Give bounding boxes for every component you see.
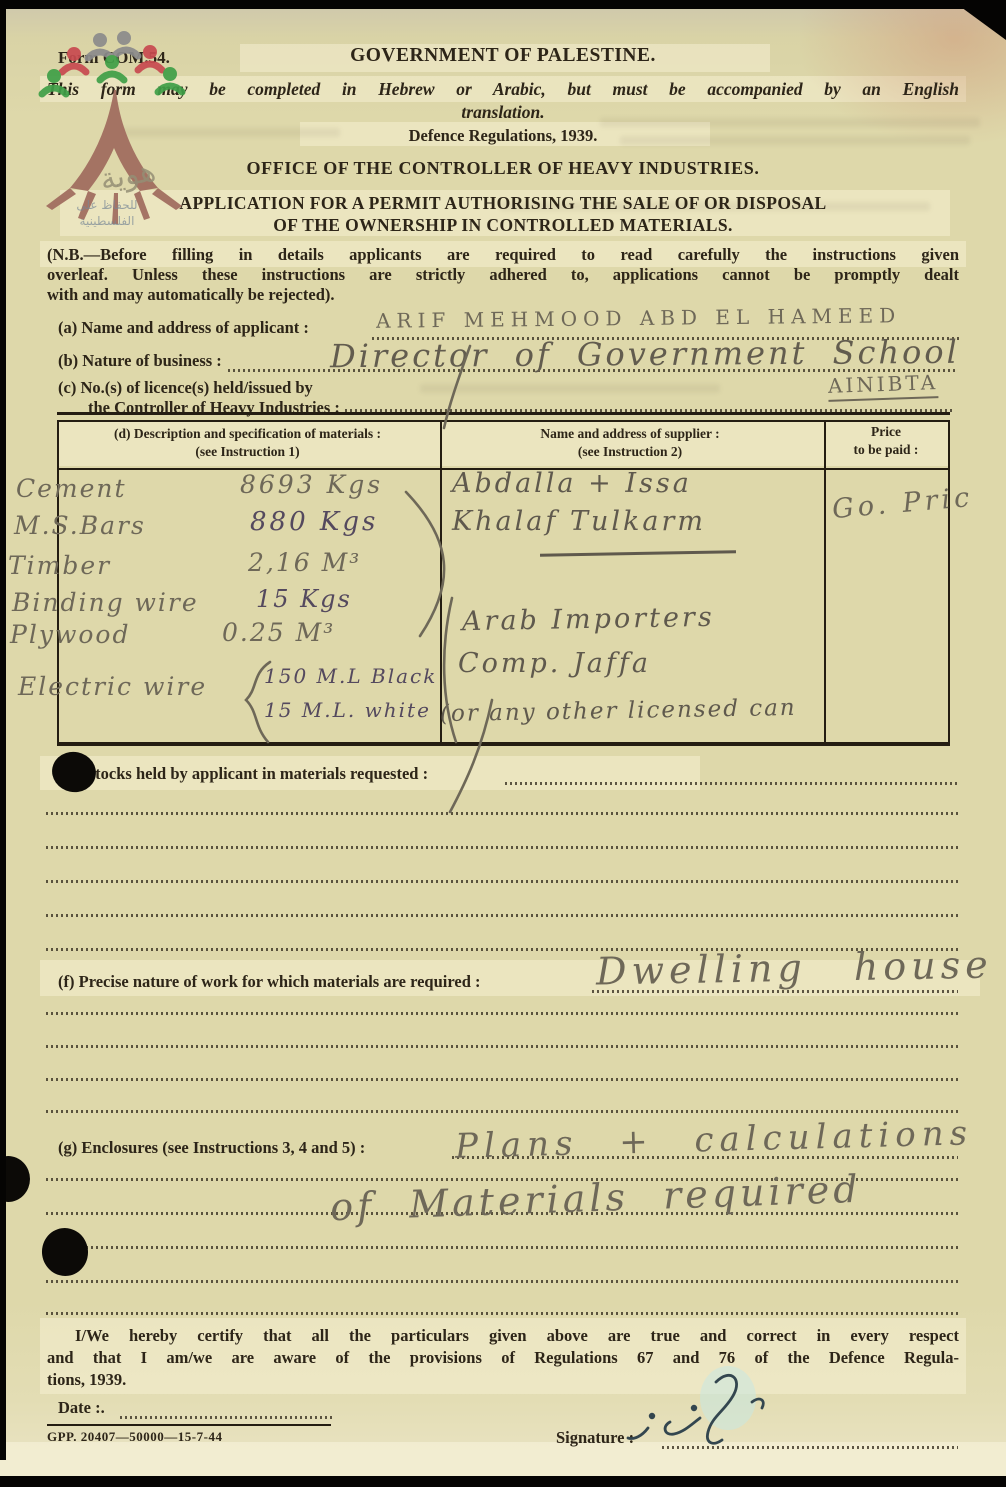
- table-header-materials-line2: (see Instruction 1): [57, 444, 438, 460]
- field-c-handwritten-value: AINIBTA: [828, 370, 939, 402]
- field-b-handwritten-value: Director of Government School: [330, 333, 960, 375]
- section-g-label: (g) Enclosures (see Instructions 3, 4 an…: [58, 1138, 365, 1158]
- table-column-divider: [440, 422, 442, 742]
- table-top-rule: [57, 412, 950, 415]
- imprint-rule: [47, 1424, 331, 1426]
- section-e-label: Stocks held by applicant in materials re…: [86, 764, 428, 784]
- blank-dotted-line: [46, 1078, 958, 1081]
- blank-dotted-line: [46, 914, 958, 917]
- material-qty: 880 Kgs: [250, 507, 378, 537]
- nb-note-line1: (N.B.—Before filling in details applican…: [47, 245, 959, 265]
- nb-note-line2: overleaf. Unless these instructions are …: [47, 265, 959, 285]
- table-header-supplier-line2: (see Instruction 2): [438, 444, 822, 460]
- certification-line1: I/We hereby certify that all the particu…: [47, 1326, 959, 1346]
- field-a-handwritten-value: ARIF MEHMOOD ABD EL HAMEED: [376, 303, 901, 332]
- blank-dotted-line: [46, 880, 958, 883]
- scan-edge-top: [0, 0, 1006, 9]
- material-name: M.S.Bars: [14, 511, 146, 540]
- supplier-line: Arab Importers: [462, 602, 715, 637]
- ink-blot: [39, 1225, 91, 1279]
- table-header-materials-line1: (d) Description and specification of mat…: [57, 426, 438, 442]
- bleed-through: [420, 384, 720, 393]
- scan-edge-bottom: [0, 1476, 1006, 1487]
- printer-imprint: GPP. 20407—50000—15-7-44: [47, 1429, 222, 1445]
- material-qty: 15 Kgs: [256, 585, 352, 613]
- date-label: Date :.: [58, 1398, 105, 1418]
- watermark-arabic-subtext-line1: للحفاظ على: [52, 198, 162, 212]
- table-column-divider: [824, 422, 826, 742]
- section-f-label: (f) Precise nature of work for which mat…: [58, 972, 481, 992]
- blank-dotted-line: [46, 1246, 958, 1249]
- supplier-line: Khalaf Tulkarm: [452, 506, 706, 537]
- material-name: Timber: [8, 551, 111, 580]
- blank-dotted-line: [46, 846, 958, 849]
- material-qty: 2,16 M³: [248, 548, 361, 577]
- watermark-arabic-subtext-line2: الفلسطينية: [52, 214, 162, 228]
- table-header-supplier-line1: Name and address of supplier :: [438, 426, 822, 442]
- field-c-label-line2: the Controller of Heavy Industries :: [88, 398, 340, 418]
- certification-line2: and that I am/we are aware of the provis…: [47, 1348, 959, 1368]
- material-qty: 150 M.L Black: [264, 664, 437, 688]
- supplier-line: Comp. Jaffa: [458, 648, 651, 679]
- blank-dotted-line: [46, 812, 958, 815]
- scan-edge-left: [0, 0, 6, 1460]
- section-g-handwritten-line2: of Materials required: [329, 1167, 862, 1230]
- blank-dotted-line: [46, 1012, 958, 1015]
- field-a-label: (a) Name and address of applicant :: [58, 318, 309, 338]
- field-b-label: (b) Nature of business :: [58, 351, 222, 371]
- material-name: Electric wire: [18, 672, 207, 701]
- blank-dotted-line: [46, 1312, 958, 1315]
- material-qty: 15 M.L. white: [264, 698, 431, 722]
- blank-dotted-line: [46, 1280, 958, 1283]
- table-header-price-line1: Price: [822, 424, 950, 440]
- signature-dotted-line: [662, 1446, 958, 1449]
- signature-label: Signature :: [556, 1428, 634, 1448]
- table-header-price-line2: to be paid :: [822, 442, 950, 458]
- supplier-line: Abdalla + Issa: [452, 468, 692, 499]
- field-c-label-line1: (c) No.(s) of licence(s) held/issued by: [58, 378, 313, 398]
- section-e-dotted-line: [505, 782, 958, 785]
- nb-note-line3: with and may automatically be rejected).: [47, 285, 335, 305]
- people-canopy: [42, 31, 182, 94]
- scanned-form-page: Form COM.54. GOVERNMENT OF PALESTINE. Th…: [0, 0, 1006, 1487]
- material-qty: 0.25 M³: [222, 618, 335, 647]
- section-f-handwritten-value: Dwelling house: [596, 943, 993, 994]
- date-dotted-line: [120, 1416, 332, 1419]
- material-name: Binding wire: [12, 588, 199, 617]
- certification-line3: tions, 1939.: [47, 1370, 126, 1390]
- material-name: Cement: [16, 474, 127, 503]
- material-qty: 8693 Kgs: [240, 470, 383, 499]
- material-name: Plywood: [10, 620, 130, 649]
- blank-dotted-line: [46, 1045, 958, 1048]
- blank-dotted-line: [46, 1110, 958, 1113]
